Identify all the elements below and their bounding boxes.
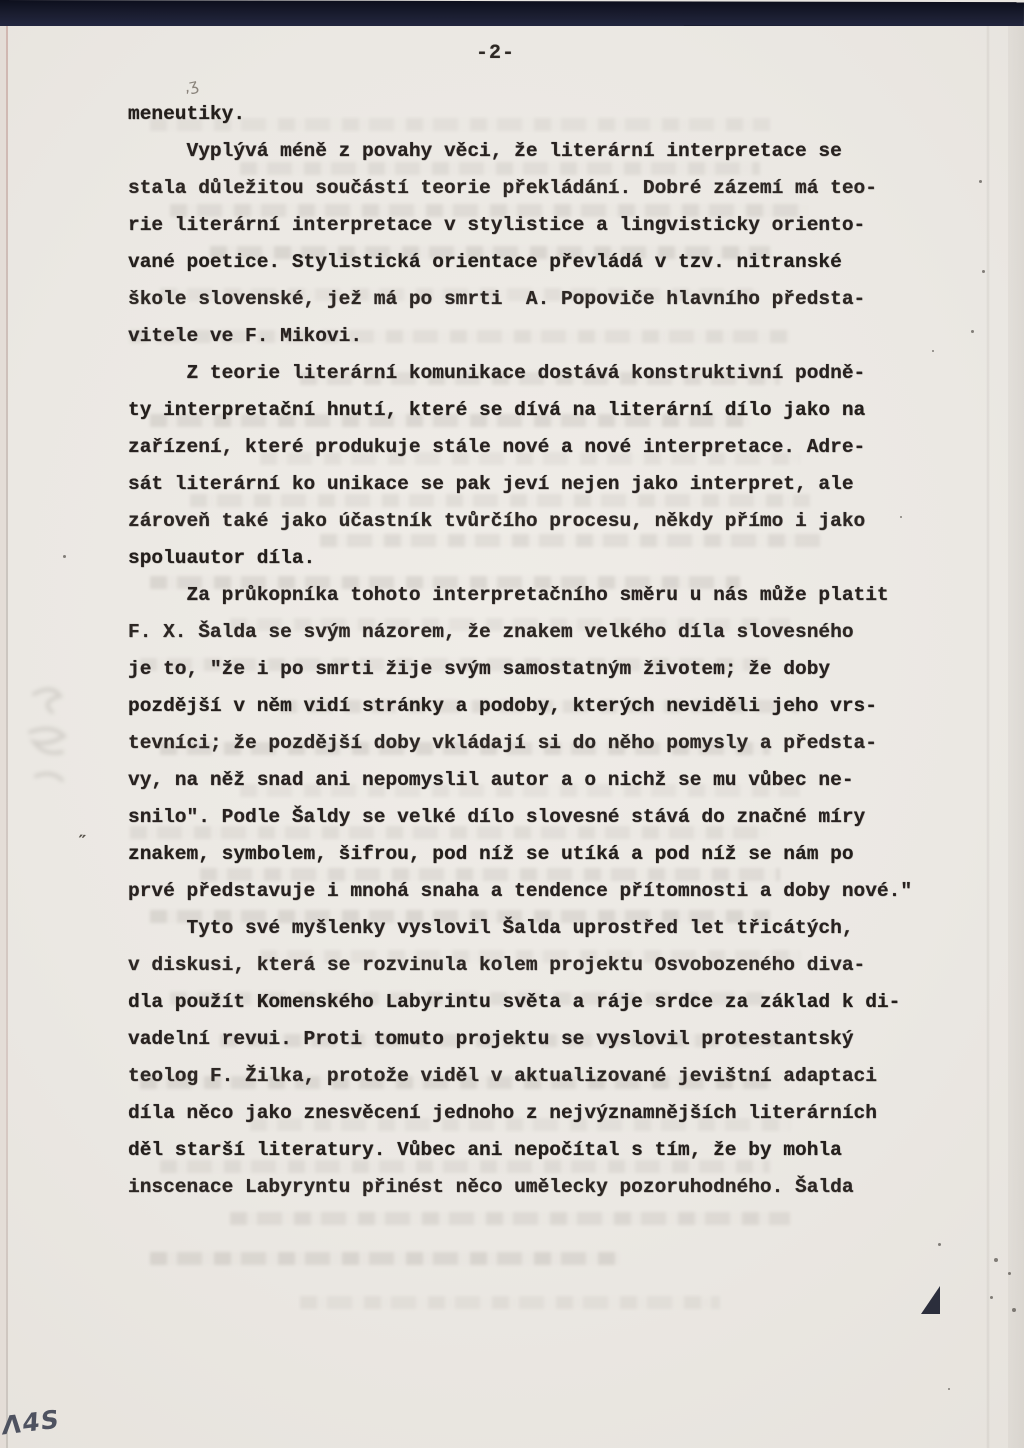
ink-speck	[938, 1243, 941, 1246]
ink-speck	[971, 330, 974, 333]
ink-speck	[900, 516, 902, 518]
document-line: zároveň také jako účastník tvůrčího proc…	[128, 503, 928, 540]
document-line: je to, "že i po smrti žije svým samostat…	[128, 651, 928, 688]
document-line: vitele ve F. Mikovi.	[128, 318, 928, 355]
document-line: vadelní revui. Proti tomuto projektu se …	[128, 1021, 928, 1058]
faint-margin-scribble	[22, 680, 92, 810]
ink-speck	[982, 270, 985, 273]
paper-left-edge-line	[6, 26, 8, 1448]
bleed-through-line	[230, 1212, 790, 1225]
document-line: díla něco jako znesvěcení jednoho z nejv…	[128, 1095, 928, 1132]
typewritten-text-block: meneutiky. Vyplývá méně z povahy věci, ž…	[128, 96, 928, 1206]
document-line: snilo". Podle Šaldy se velké dílo sloves…	[128, 799, 928, 836]
ink-speck	[948, 1388, 950, 1390]
document-line: vy, na něž snad ani nepomyslil autor a o…	[128, 762, 928, 799]
corner-ink-mark	[917, 1282, 943, 1316]
document-line: dla použít Komenského Labyrintu světa a …	[128, 984, 928, 1021]
document-line: Za průkopníka tohoto interpretačního smě…	[128, 577, 928, 614]
document-line: Vyplývá méně z povahy věci, že literární…	[128, 133, 928, 170]
scanner-background-bar	[0, 0, 1024, 29]
document-line: stala důležitou součástí teorie překládá…	[128, 170, 928, 207]
document-line: zařízení, které produkuje stále nové a n…	[128, 429, 928, 466]
document-line: meneutiky.	[128, 96, 928, 133]
bleed-through-line	[150, 1252, 620, 1265]
bleed-through-line	[300, 1296, 720, 1309]
document-line: inscenace Labyryntu přinést něco uměleck…	[128, 1169, 928, 1206]
document-line: Tyto své myšlenky vyslovil Šalda uprostř…	[128, 910, 928, 947]
ink-speck	[1012, 1308, 1016, 1312]
document-line: děl starší literatury. Vůbec ani nepočít…	[128, 1132, 928, 1169]
document-line: prvé představuje i mnohá snaha a tendenc…	[128, 873, 928, 910]
ink-speck	[990, 1296, 993, 1299]
document-line: sát literární ko unikace se pak jeví nej…	[128, 466, 928, 503]
ink-speck	[979, 180, 982, 183]
document-line: spoluautor díla.	[128, 540, 928, 577]
document-line: teolog F. Žilka, protože viděl v aktuali…	[128, 1058, 928, 1095]
paper-fold-line	[986, 26, 990, 1448]
handwritten-margin-quote-mark: ″	[77, 832, 87, 853]
document-line: Z teorie literární komunikace dostává ko…	[128, 355, 928, 392]
page-number: -2-	[476, 42, 515, 65]
ink-speck	[63, 555, 66, 558]
document-line: vané poetice. Stylistická orientace přev…	[128, 244, 928, 281]
document-line: rie literární interpretace v stylistice …	[128, 207, 928, 244]
document-line: v diskusi, která se rozvinula kolem proj…	[128, 947, 928, 984]
paper-right-edge-shadow	[1008, 26, 1024, 1448]
ink-speck	[994, 1258, 998, 1262]
document-line: ty interpretační hnutí, které se dívá na…	[128, 392, 928, 429]
document-line: znakem, symbolem, šifrou, pod níž se utí…	[128, 836, 928, 873]
ink-speck	[932, 350, 934, 352]
document-line: škole slovenské, jež má po smrti A. Popo…	[128, 281, 928, 318]
document-line: F. X. Šalda se svým názorem, že znakem v…	[128, 614, 928, 651]
document-line: tevníci; že pozdější doby vkládají si do…	[128, 725, 928, 762]
ink-speck	[1008, 1272, 1011, 1275]
document-line: pozdější v něm vidí stránky a podoby, kt…	[128, 688, 928, 725]
